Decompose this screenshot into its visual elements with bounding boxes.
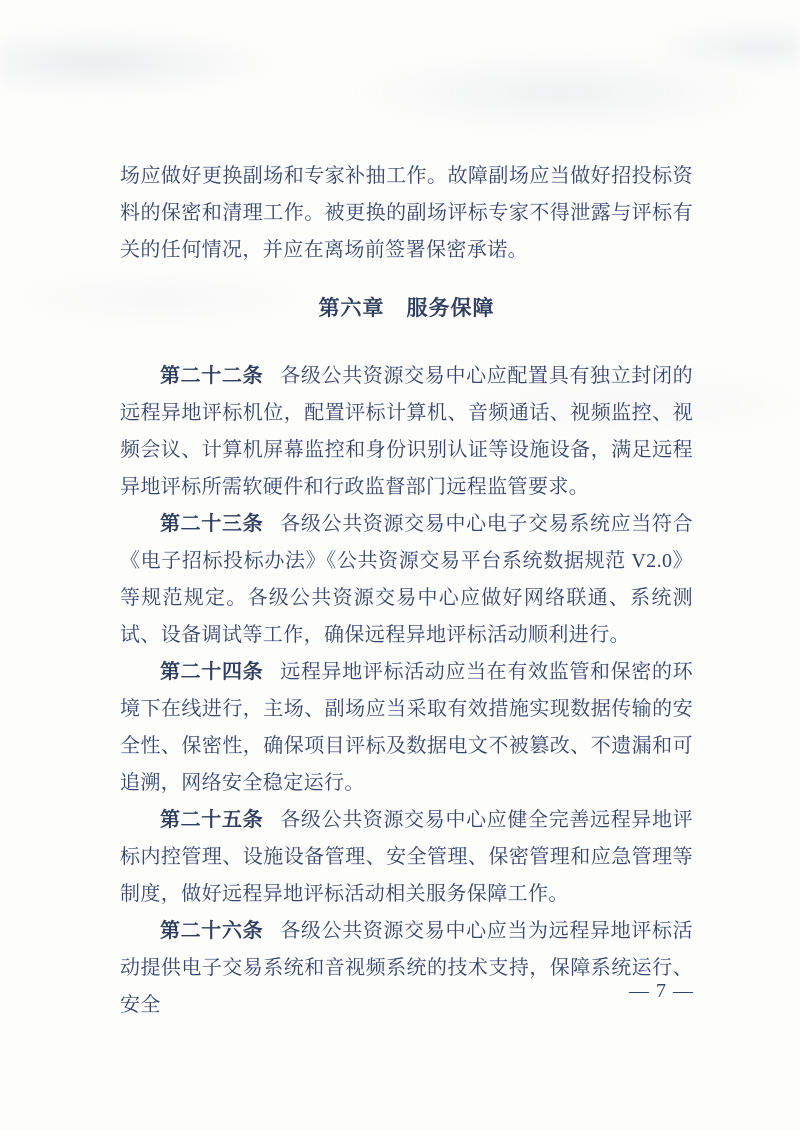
article-22-number: 第二十二条 — [160, 365, 263, 387]
article-paragraph-26: 第二十六条各级公共资源交易中心应当为远程异地评标活动提供电子交易系统和音视频系统… — [120, 913, 693, 1024]
article-24-number: 第二十四条 — [160, 661, 263, 683]
article-26-number: 第二十六条 — [160, 920, 263, 942]
article-23-number: 第二十三条 — [160, 513, 263, 535]
document-page: 场应做好更换副场和专家补抽工作。故障副场应当做好招投标资料的保密和清理工作。被更… — [0, 0, 800, 1131]
article-paragraph-22: 第二十二条各级公共资源交易中心应配置具有独立封闭的远程异地评标机位，配置评标计算… — [120, 358, 693, 506]
page-number: — 7 — — [629, 980, 694, 1003]
continuation-paragraph: 场应做好更换副场和专家补抽工作。故障副场应当做好招投标资料的保密和清理工作。被更… — [120, 158, 693, 269]
article-paragraph-24: 第二十四条远程异地评标活动应当在有效监管和保密的环境下在线进行，主场、副场应当采… — [120, 654, 693, 802]
article-25-number: 第二十五条 — [160, 809, 263, 831]
article-paragraph-23: 第二十三条各级公共资源交易中心电子交易系统应当符合《电子招标投标办法》《公共资源… — [120, 506, 693, 654]
article-paragraph-25: 第二十五条各级公共资源交易中心应健全完善远程异地评标内控管理、设施设备管理、安全… — [120, 802, 693, 913]
chapter-heading: 第六章 服务保障 — [120, 290, 693, 327]
page-content: 场应做好更换副场和专家补抽工作。故障副场应当做好招投标资料的保密和清理工作。被更… — [120, 158, 693, 1024]
scan-artifact-top — [0, 10, 800, 160]
